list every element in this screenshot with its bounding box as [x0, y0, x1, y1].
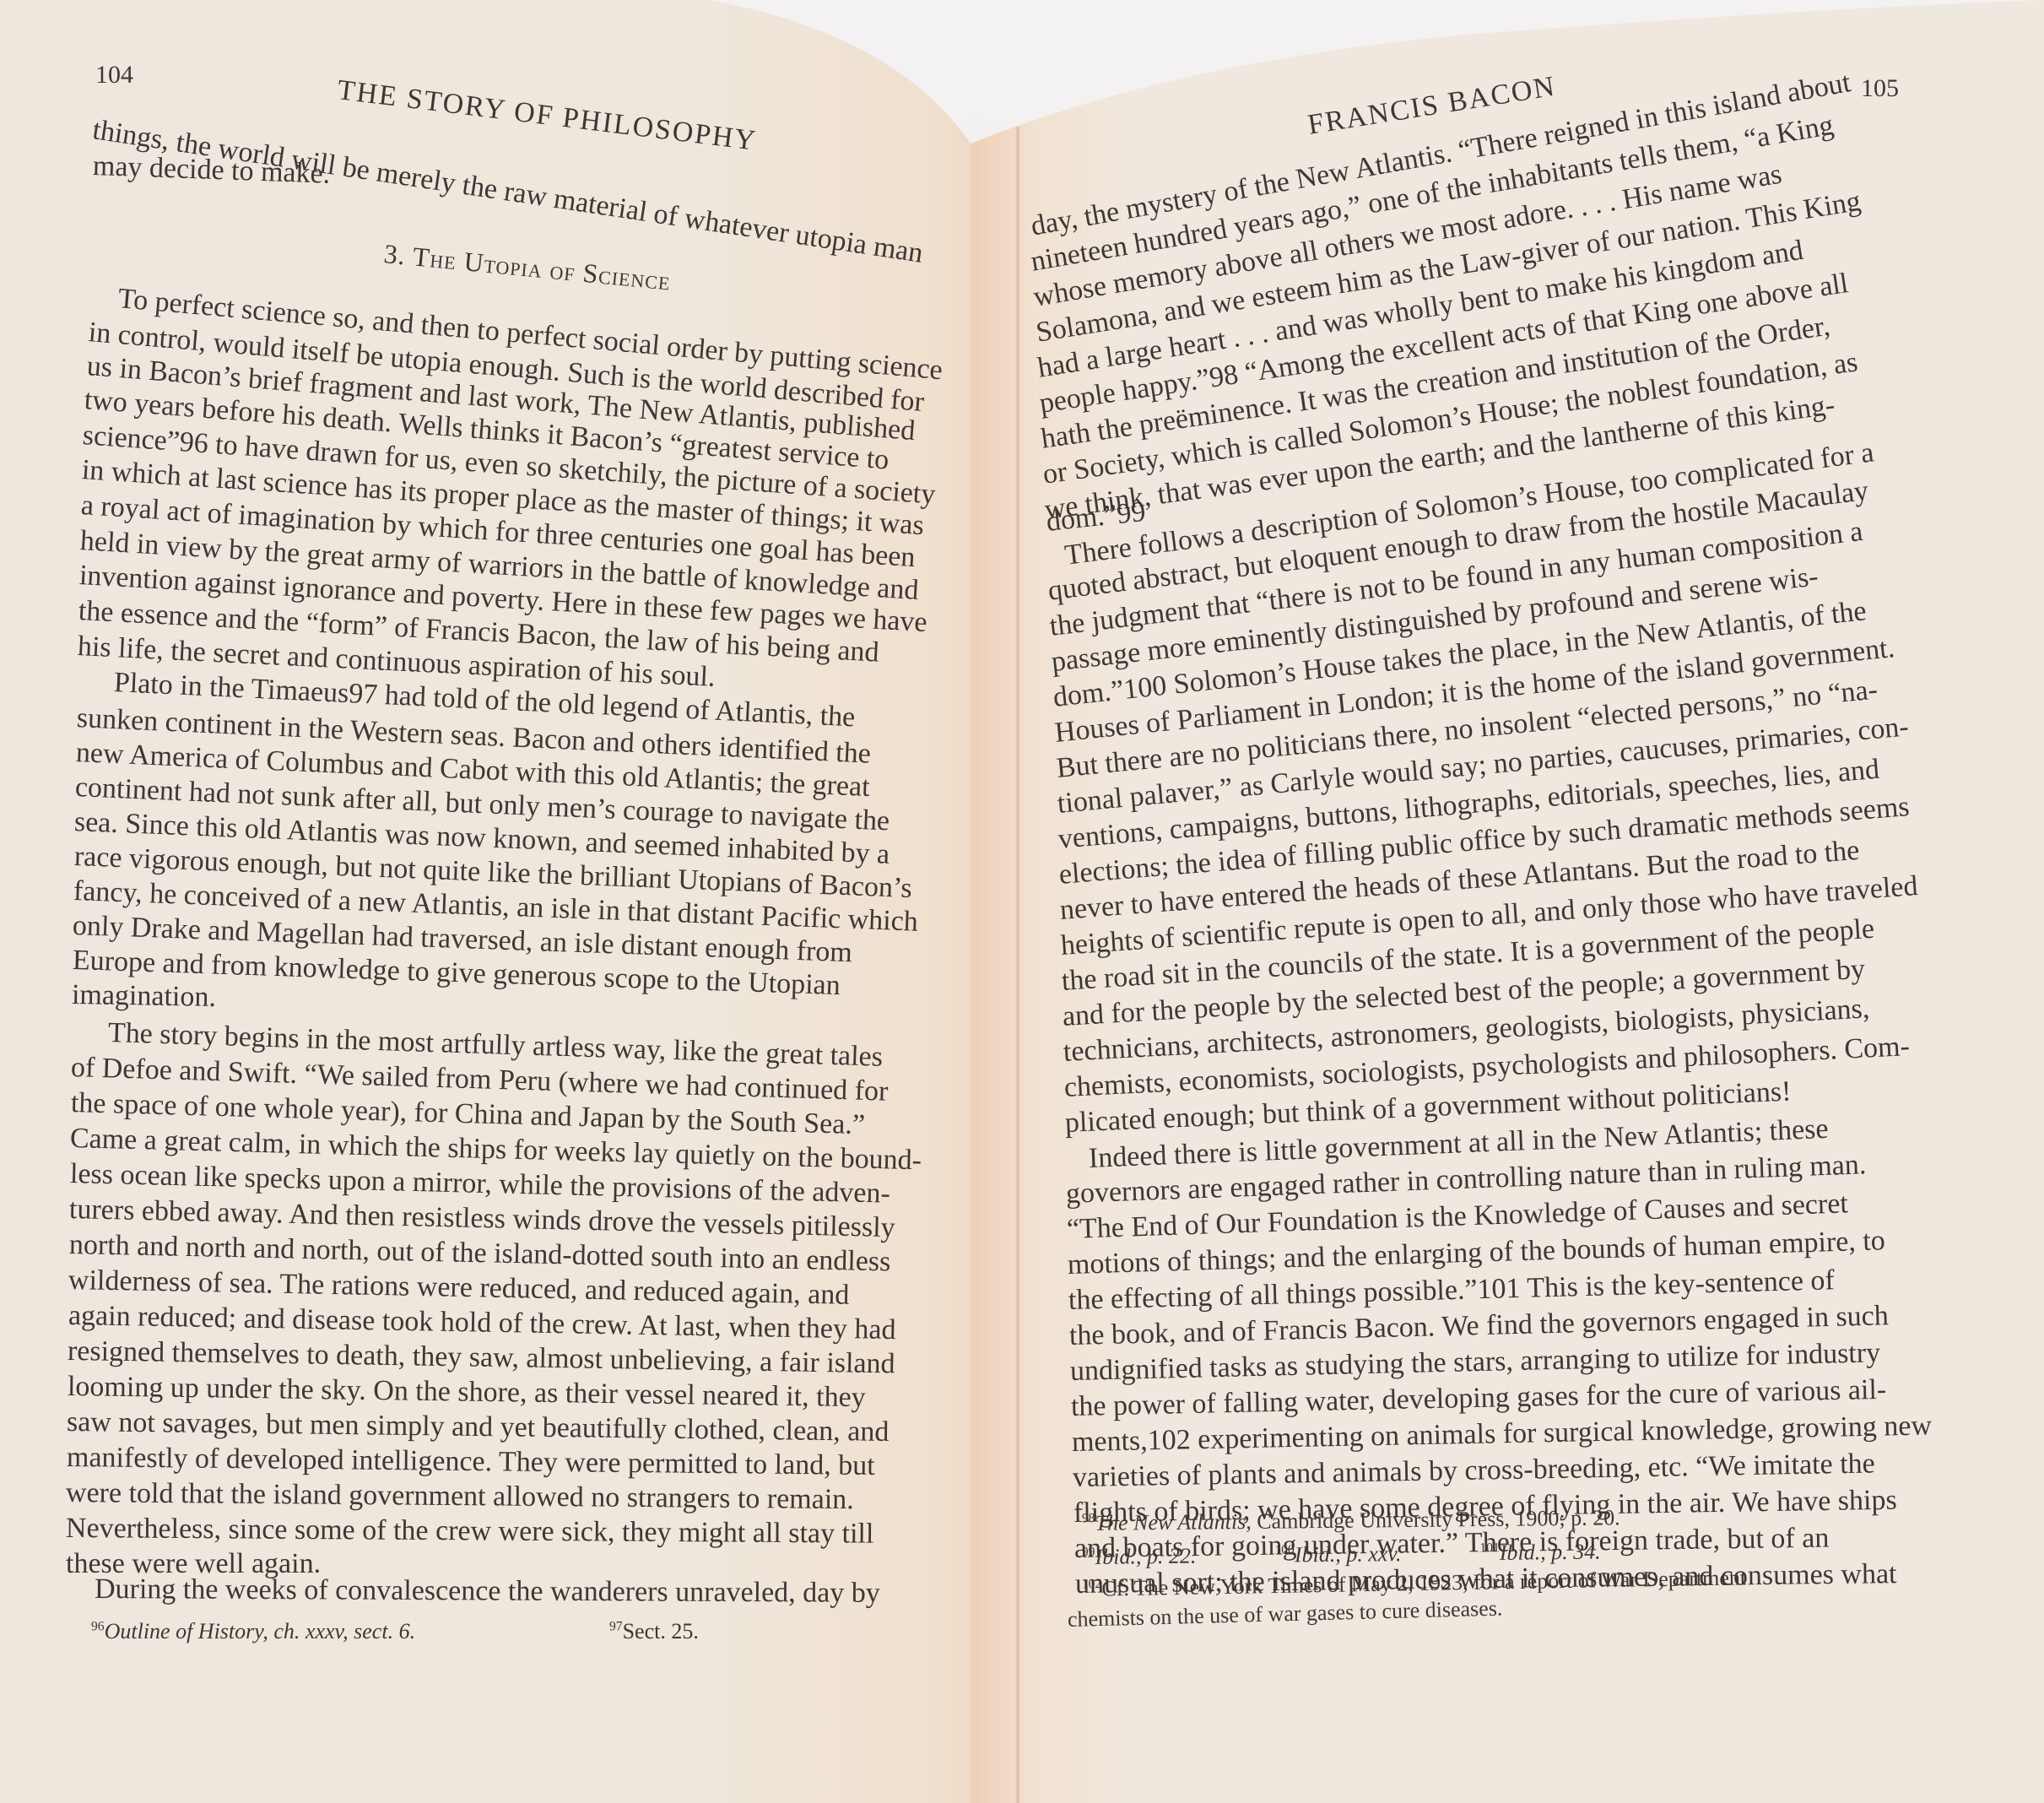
left-page: 104 THE STORY OF PHILOSOPHY things, the … [0, 0, 1021, 1803]
text-line: manifestly of developed intelligence. Th… [67, 1442, 875, 1482]
footnote-text: Sect. 25. [623, 1619, 699, 1643]
footnote-100: 100Ibid., p. xxv. [1274, 1541, 1401, 1567]
text-line: were told that the island government all… [66, 1477, 854, 1516]
section-title: 3. The Utopia of Science [382, 238, 672, 297]
text-line: imagination. [72, 979, 217, 1014]
text-line: Nevertheless, since some of the crew wer… [66, 1513, 874, 1551]
running-head-left: THE STORY OF PHILOSOPHY [336, 74, 759, 158]
footnote-97: 97Sect. 25. [609, 1619, 699, 1644]
footnote-mark: 96 [91, 1619, 105, 1633]
footnote-mark: 102 [1082, 1577, 1102, 1591]
footnote-mark: 100 [1274, 1543, 1295, 1557]
footnote-text: Ibid., p. xxv. [1295, 1541, 1402, 1567]
footnote-mark: 101 [1479, 1540, 1500, 1555]
footnote-96: 96Outline of History, ch. xxxv, sect. 6. [91, 1619, 415, 1644]
book-gutter [1015, 127, 1020, 1803]
page-number-right: 105 [1861, 74, 1899, 103]
footnote-italic-title: The New Atlantis, [1095, 1509, 1251, 1535]
page-number-left: 104 [95, 61, 133, 89]
footnote-101: 101Ibid., p. 34. [1479, 1540, 1601, 1565]
footnote-text: Ibid., p. 34. [1500, 1540, 1601, 1565]
footnote-mark: 97 [609, 1619, 623, 1633]
footnote-mark: 98 [1082, 1511, 1095, 1525]
text-line: things, the world will be merely the raw… [90, 114, 925, 270]
footnote-text: Outline of History, ch. xxxv, sect. 6. [105, 1619, 415, 1643]
footnote-text: Cambridge University Press, 1900; p. 20. [1252, 1505, 1620, 1534]
left-page-content: 104 THE STORY OF PHILOSOPHY things, the … [0, 0, 1021, 1803]
footnote-text: Ibid., p. 22. [1095, 1544, 1196, 1569]
footnote-mark: 99 [1082, 1545, 1095, 1559]
footnote-99: 99Ibid., p. 22. [1082, 1544, 1197, 1569]
text-line: During the weeks of convalescence the wa… [95, 1573, 880, 1610]
